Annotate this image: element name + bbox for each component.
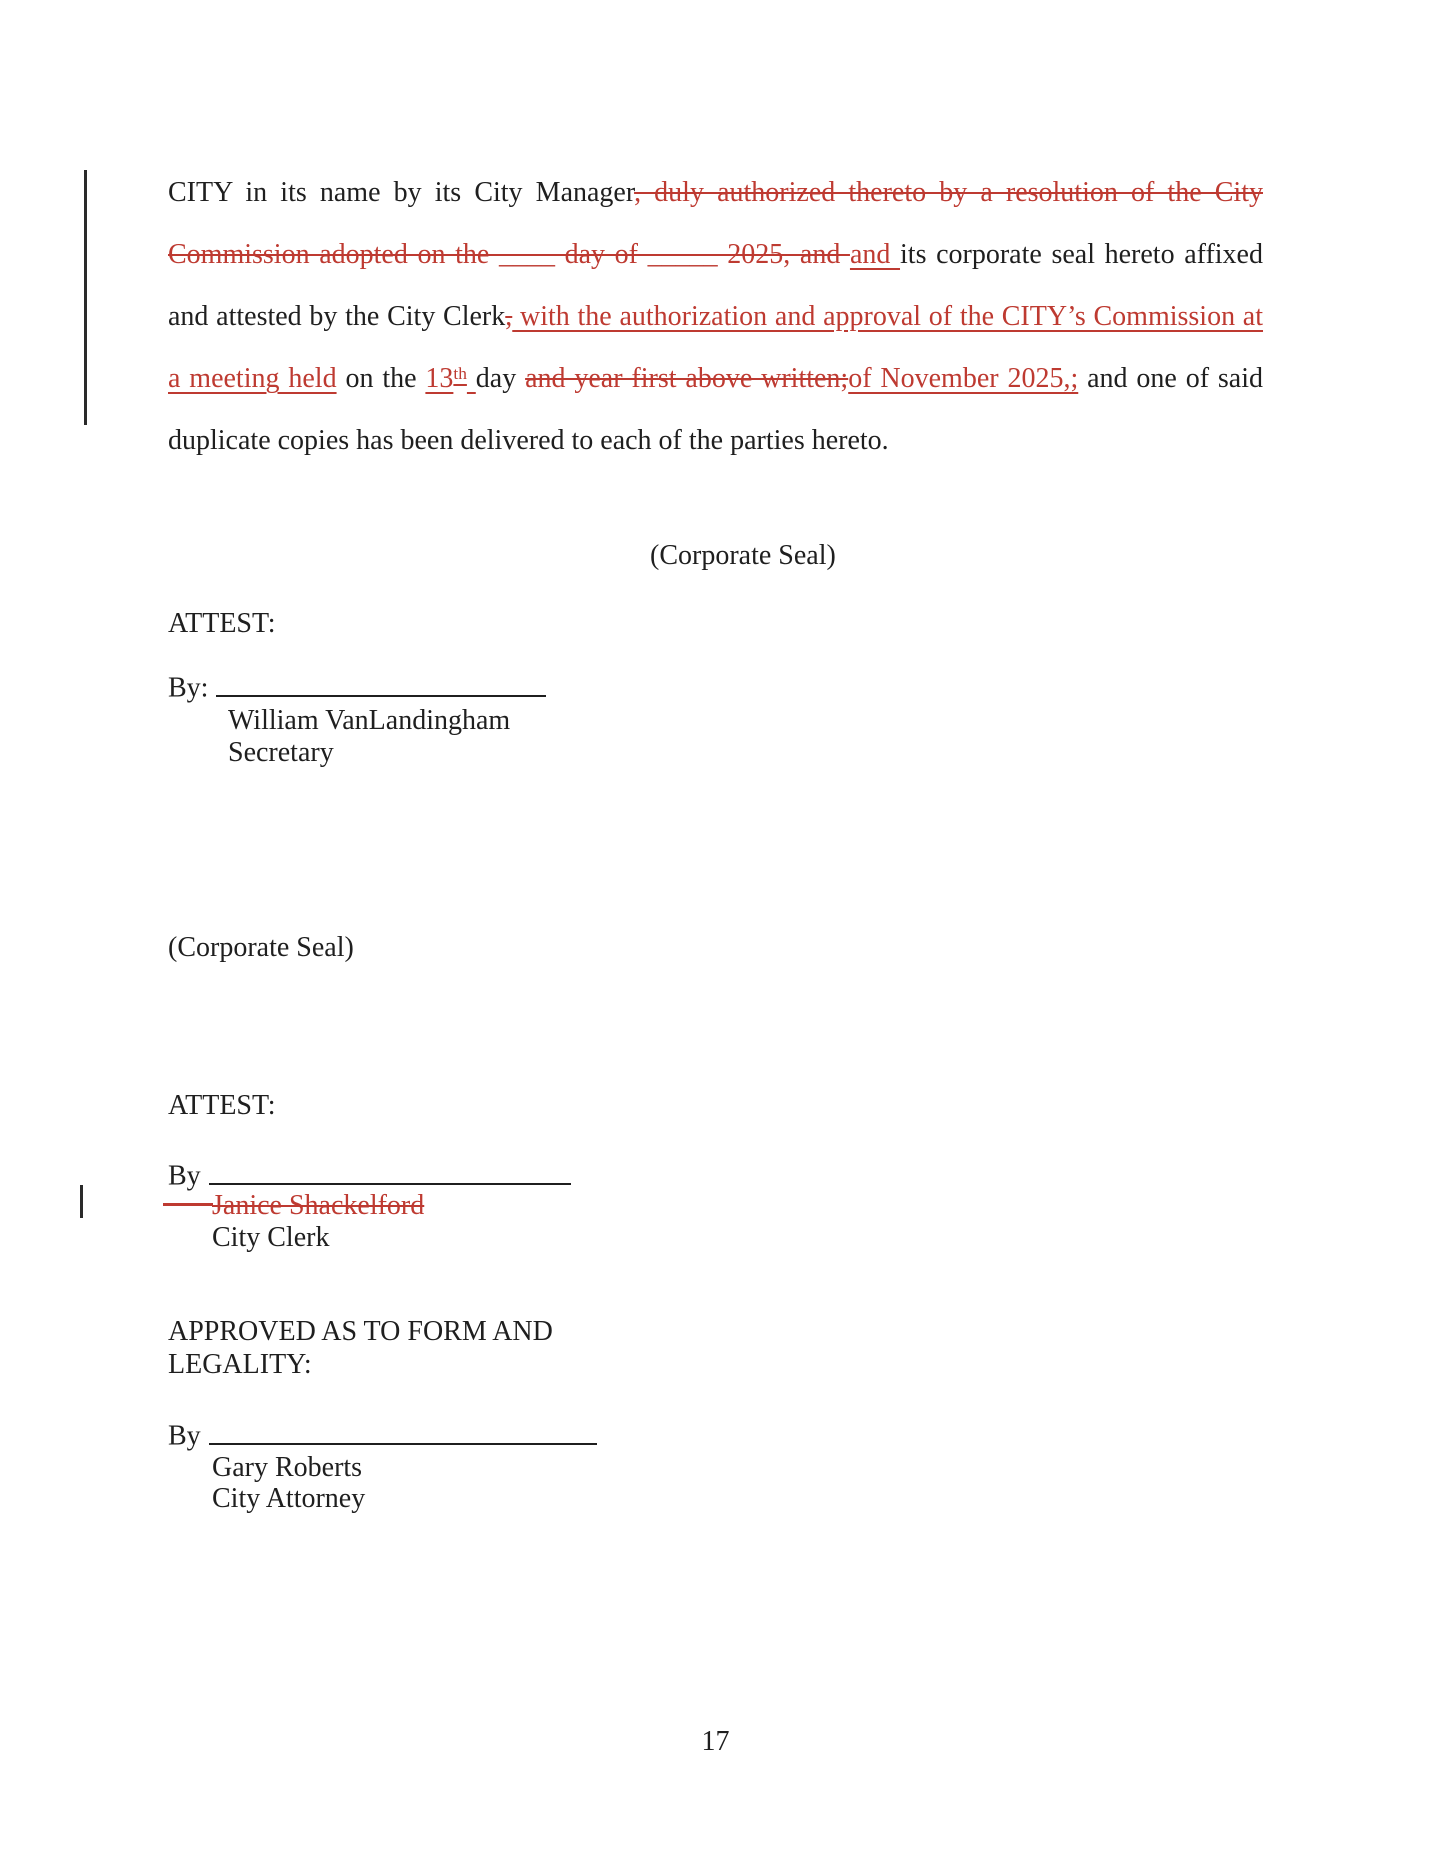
signer-name: William VanLandingham — [228, 705, 510, 737]
approval-heading-line2: LEGALITY: — [168, 1348, 553, 1381]
inserted-text-run: of November 2025,; — [848, 363, 1078, 394]
paragraph-text-run: day — [476, 363, 525, 394]
signature-by-row: By: — [168, 668, 546, 705]
signature-line — [209, 1416, 597, 1445]
signature-line — [209, 1156, 571, 1185]
document-page: CITY in its name by its City Manager, du… — [0, 0, 1431, 1852]
closing-paragraph: CITY in its name by its City Manager, du… — [168, 162, 1263, 472]
corporate-seal-label: (Corporate Seal) — [650, 540, 836, 572]
inserted-superscript: th — [453, 364, 467, 383]
inserted-text-run: 13 — [425, 363, 453, 394]
by-label: By — [168, 1161, 201, 1192]
inserted-text-run — [467, 363, 476, 394]
approval-heading-line1: APPROVED AS TO FORM AND — [168, 1315, 553, 1348]
attest-heading: ATTEST: — [168, 1090, 276, 1122]
paragraph-text-run: CITY in its name by its City Manager — [168, 177, 634, 208]
signature-by-row: By — [168, 1156, 571, 1193]
signer-role: City Attorney — [212, 1483, 365, 1515]
signer-role: City Clerk — [212, 1222, 329, 1254]
page-number: 17 — [0, 1726, 1431, 1758]
corporate-seal-label: (Corporate Seal) — [168, 932, 354, 964]
deleted-text-run: and year first above written; — [525, 363, 848, 394]
inserted-text-run: and — [850, 239, 900, 270]
signature-by-row: By — [168, 1416, 597, 1453]
attest-heading: ATTEST: — [168, 608, 276, 640]
paragraph-text-run: on the — [337, 363, 426, 394]
approval-heading: APPROVED AS TO FORM AND LEGALITY: — [168, 1315, 553, 1381]
by-label: By: — [168, 673, 208, 704]
strikethrough-extension — [163, 1203, 213, 1206]
change-bar — [80, 1185, 83, 1218]
change-bar — [84, 170, 87, 425]
by-label: By — [168, 1421, 201, 1452]
signer-name: Gary Roberts — [212, 1452, 362, 1484]
signer-role: Secretary — [228, 737, 334, 769]
deleted-signer-name: Janice Shackelford — [212, 1190, 424, 1222]
signature-line — [216, 668, 546, 697]
